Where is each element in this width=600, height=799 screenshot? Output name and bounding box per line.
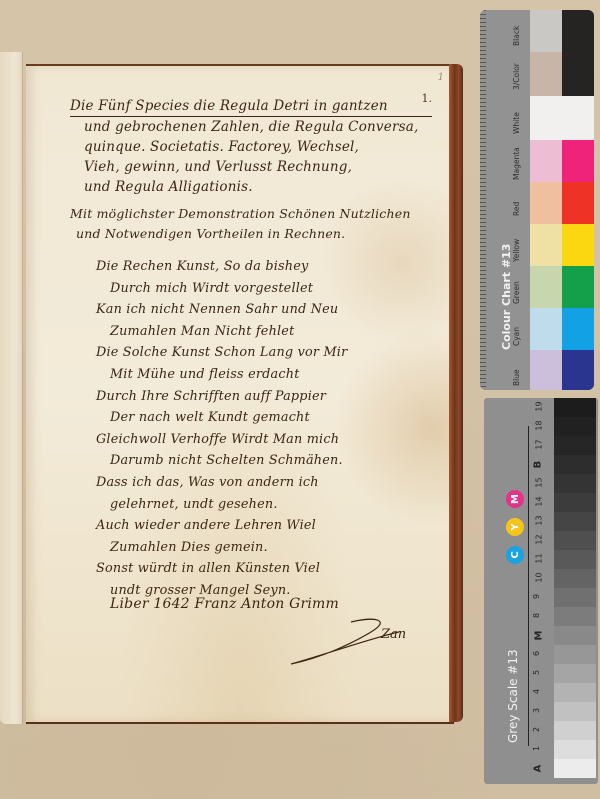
grey-step-label: M: [533, 631, 544, 641]
title-line: quinque. Societatis. Factorey, Wechsel,: [70, 137, 460, 157]
grey-step-label: 9: [532, 594, 541, 599]
manuscript-page: 1 1. Die Fünf Species die Regula Detri i…: [26, 64, 454, 724]
swatch-label: Magenta: [512, 147, 521, 180]
swatch-3color: [530, 52, 562, 96]
grey-step: [554, 588, 596, 607]
grey-step: [554, 436, 596, 455]
swatch-cyan-light: [530, 308, 562, 350]
grey-step-label: 4: [532, 689, 541, 694]
signature-flourish-icon: Zan: [281, 608, 431, 668]
book-cover-edge: [449, 64, 463, 722]
pencil-page-number: 1: [438, 72, 444, 83]
swatch-label: Blue: [512, 369, 521, 386]
svg-text:Zan: Zan: [380, 627, 406, 642]
swatch-red: [562, 182, 594, 224]
title-line: Die Fünf Species die Regula Detri in gan…: [70, 96, 432, 117]
grey-step: [554, 417, 596, 436]
poem-line: Mit Mühe und fleiss erdacht: [96, 364, 347, 386]
grey-step: [554, 721, 596, 740]
grey-step: [554, 569, 596, 588]
poem-line: Durch Ihre Schrifften auff Pappier: [96, 386, 347, 408]
facing-page-edge: [0, 52, 23, 724]
poem-line: Zumahlen Dies gemein.: [96, 537, 347, 559]
poem-line: Darumb nicht Schelten Schmähen.: [96, 450, 347, 472]
poem-line: Die Solche Kunst Schon Lang vor Mir: [96, 342, 347, 364]
grey-step-label: 6: [532, 651, 541, 656]
grey-step-label: 11: [535, 553, 544, 563]
swatch-black-light: [530, 10, 562, 52]
marker-c-icon: C: [506, 546, 524, 564]
grey-step: [554, 474, 596, 493]
grey-scale-rule: [528, 426, 529, 746]
swatch-cyan: [562, 308, 594, 350]
swatch-black: [562, 10, 594, 96]
grey-step-label: 8: [532, 613, 541, 618]
swatch-label: Green: [512, 281, 521, 304]
grey-step-label: A: [532, 765, 543, 773]
grey-step-label: 19: [535, 401, 544, 411]
colour-chart: Colour Chart #13 Black 3/Color White Mag…: [480, 10, 594, 390]
grey-scale-chart: Grey Scale #13 M Y C 19 18 17 B 15 14 13…: [484, 398, 598, 784]
poem-line: Dass ich das, Was von andern ich: [96, 472, 347, 494]
grey-step-label: 12: [535, 534, 544, 544]
swatch-blue: [562, 350, 594, 390]
grey-step-label: 1: [532, 746, 541, 751]
marker-y-icon: Y: [506, 518, 524, 536]
swatch-label: Red: [512, 202, 521, 216]
title-line: und Regula Alligationis.: [70, 177, 460, 197]
swatch-label: 3/Color: [512, 63, 521, 90]
swatch-label: White: [512, 112, 521, 134]
grey-step-label: B: [532, 461, 543, 469]
grey-step: [554, 702, 596, 721]
marker-m-icon: M: [506, 490, 524, 508]
swatch-label: Yellow: [512, 239, 521, 262]
subtitle-block: Mit möglichster Demonstration Schönen Nu…: [70, 204, 411, 244]
grey-step: [554, 626, 596, 645]
poem-line: gelehrnet, undt gesehen.: [96, 494, 347, 516]
grey-step: [554, 664, 596, 683]
poem-line: Gleichwoll Verhoffe Wirdt Man mich: [96, 429, 347, 451]
poem-line: Sonst würdt in allen Künsten Viel: [96, 558, 347, 580]
grey-step-label: 3: [532, 708, 541, 713]
swatch-magenta: [562, 140, 594, 182]
grey-step: [554, 512, 596, 531]
swatch-label: Cyan: [512, 327, 521, 346]
grey-step: [554, 493, 596, 512]
poem-line: Auch wieder andere Lehren Wiel: [96, 515, 347, 537]
poem-block: Die Rechen Kunst, So da bishey Durch mic…: [96, 256, 347, 602]
swatch-white: [530, 96, 594, 140]
title-line: Vieh, gewinn, und Verlusst Rechnung,: [70, 157, 460, 177]
grey-step: [554, 531, 596, 550]
swatch-green: [562, 266, 594, 308]
poem-line: Zumahlen Man Nicht fehlet: [96, 321, 347, 343]
swatch-green-light: [530, 266, 562, 308]
grey-step-label: 18: [535, 420, 544, 430]
grey-step: [554, 740, 596, 759]
poem-line: Die Rechen Kunst, So da bishey: [96, 256, 347, 278]
poem-line: Der nach welt Kundt gemacht: [96, 407, 347, 429]
grey-step-label: 15: [535, 477, 544, 487]
grey-step: [554, 645, 596, 664]
grey-step-label: 14: [535, 496, 544, 506]
grey-step-label: 17: [535, 439, 544, 449]
subtitle-line: Mit möglichster Demonstration Schönen Nu…: [70, 204, 411, 224]
swatch-red-light: [530, 182, 562, 224]
poem-line: Durch mich Wirdt vorgestellet: [96, 278, 347, 300]
grey-step: [554, 455, 596, 474]
subtitle-line: und Notwendigen Vortheilen in Rechnen.: [70, 224, 411, 244]
swatch-label: Black: [512, 26, 521, 46]
poem-line: Kan ich nicht Nennen Sahr und Neu: [96, 299, 347, 321]
swatch-yellow-light: [530, 224, 562, 266]
grey-step-label: 5: [532, 670, 541, 675]
grey-scale-title: Grey Scale #13: [506, 649, 520, 743]
title-line: und gebrochenen Zahlen, die Regula Conve…: [70, 117, 460, 137]
grey-step-label: 13: [535, 515, 544, 525]
swatch-blue-light: [530, 350, 562, 390]
grey-step: [554, 759, 596, 778]
grey-step: [554, 550, 596, 569]
swatch-yellow: [562, 224, 594, 266]
grey-step-label: 10: [535, 572, 544, 582]
swatch-magenta-light: [530, 140, 562, 182]
grey-step: [554, 683, 596, 702]
grey-step-label: 2: [532, 727, 541, 732]
grey-step: [554, 398, 596, 417]
grey-step: [554, 607, 596, 626]
title-block: Die Fünf Species die Regula Detri in gan…: [70, 96, 460, 197]
